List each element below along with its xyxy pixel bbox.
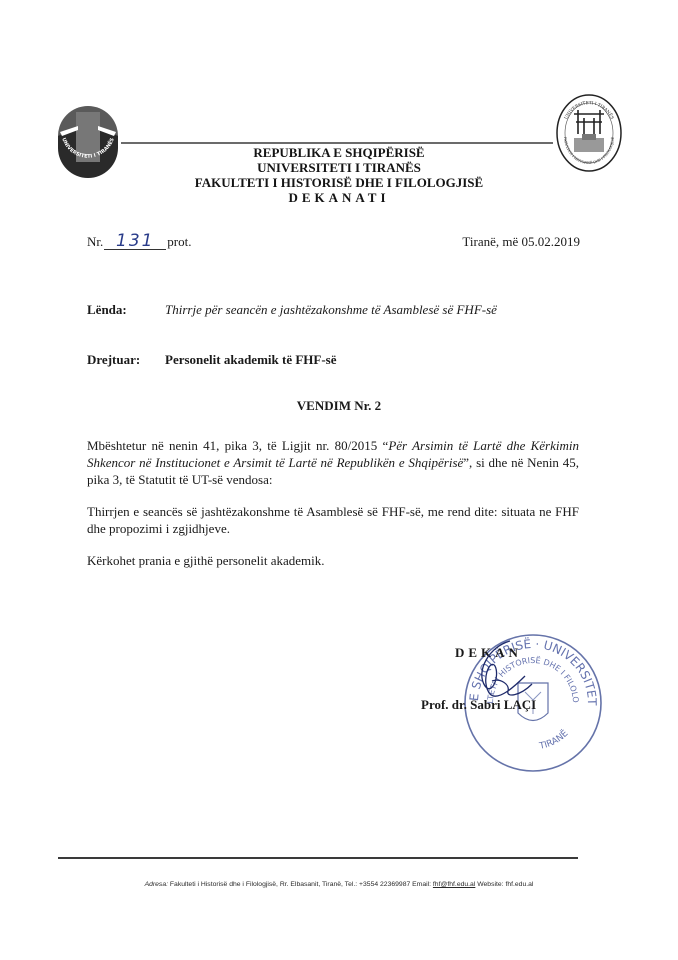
website-text: Website: fhf.edu.al — [475, 881, 533, 888]
place-date: Tiranë, më 05.02.2019 — [430, 234, 580, 250]
decision-legal-basis: Mbështetur në nenin 41, pika 3, të Ligji… — [87, 437, 579, 488]
subject-label: Lënda: — [87, 302, 127, 318]
header-divider — [121, 142, 553, 144]
header-university: UNIVERSITETI I TIRANËS — [0, 160, 678, 175]
decision-body: Thirrjen e seancës së jashtëzakonshme të… — [87, 503, 579, 537]
header-republic: REPUBLIKA E SHQIPËRISË — [0, 145, 678, 160]
header-faculty: FAKULTETI I HISTORISË DHE I FILOLOGJISË — [0, 175, 678, 190]
attendance-note: Kërkohet prania e gjithë personelit akad… — [87, 552, 579, 569]
subject-value: Thirrje për seancën e jashtëzakonshme të… — [165, 302, 497, 318]
protocol-suffix: prot. — [167, 234, 191, 250]
addressee-label: Drejtuar: — [87, 352, 140, 368]
decision-title: VENDIM Nr. 2 — [0, 398, 678, 414]
protocol-number: 131 — [104, 233, 166, 250]
footer-divider — [58, 857, 578, 859]
addressee-value: Personelit akademik të FHF-së — [165, 352, 337, 368]
legal-basis-text: Mbështetur në nenin 41, pika 3, të Ligji… — [87, 438, 388, 453]
handwritten-signature — [470, 636, 540, 706]
address-text: Fakulteti i Historisë dhe i Filologjisë,… — [168, 881, 433, 888]
header-dean-office: DEKANATI — [0, 190, 678, 205]
email-link[interactable]: fhf@fhf.edu.al — [433, 881, 475, 888]
protocol-number-line: Nr.131prot. — [87, 233, 191, 250]
svg-text:TIRANË: TIRANË — [538, 728, 571, 752]
address-label: Adresa: — [145, 881, 168, 888]
protocol-prefix: Nr. — [87, 234, 103, 250]
footer-contact: Adresa: Fakulteti i Historisë dhe i Filo… — [0, 881, 678, 888]
